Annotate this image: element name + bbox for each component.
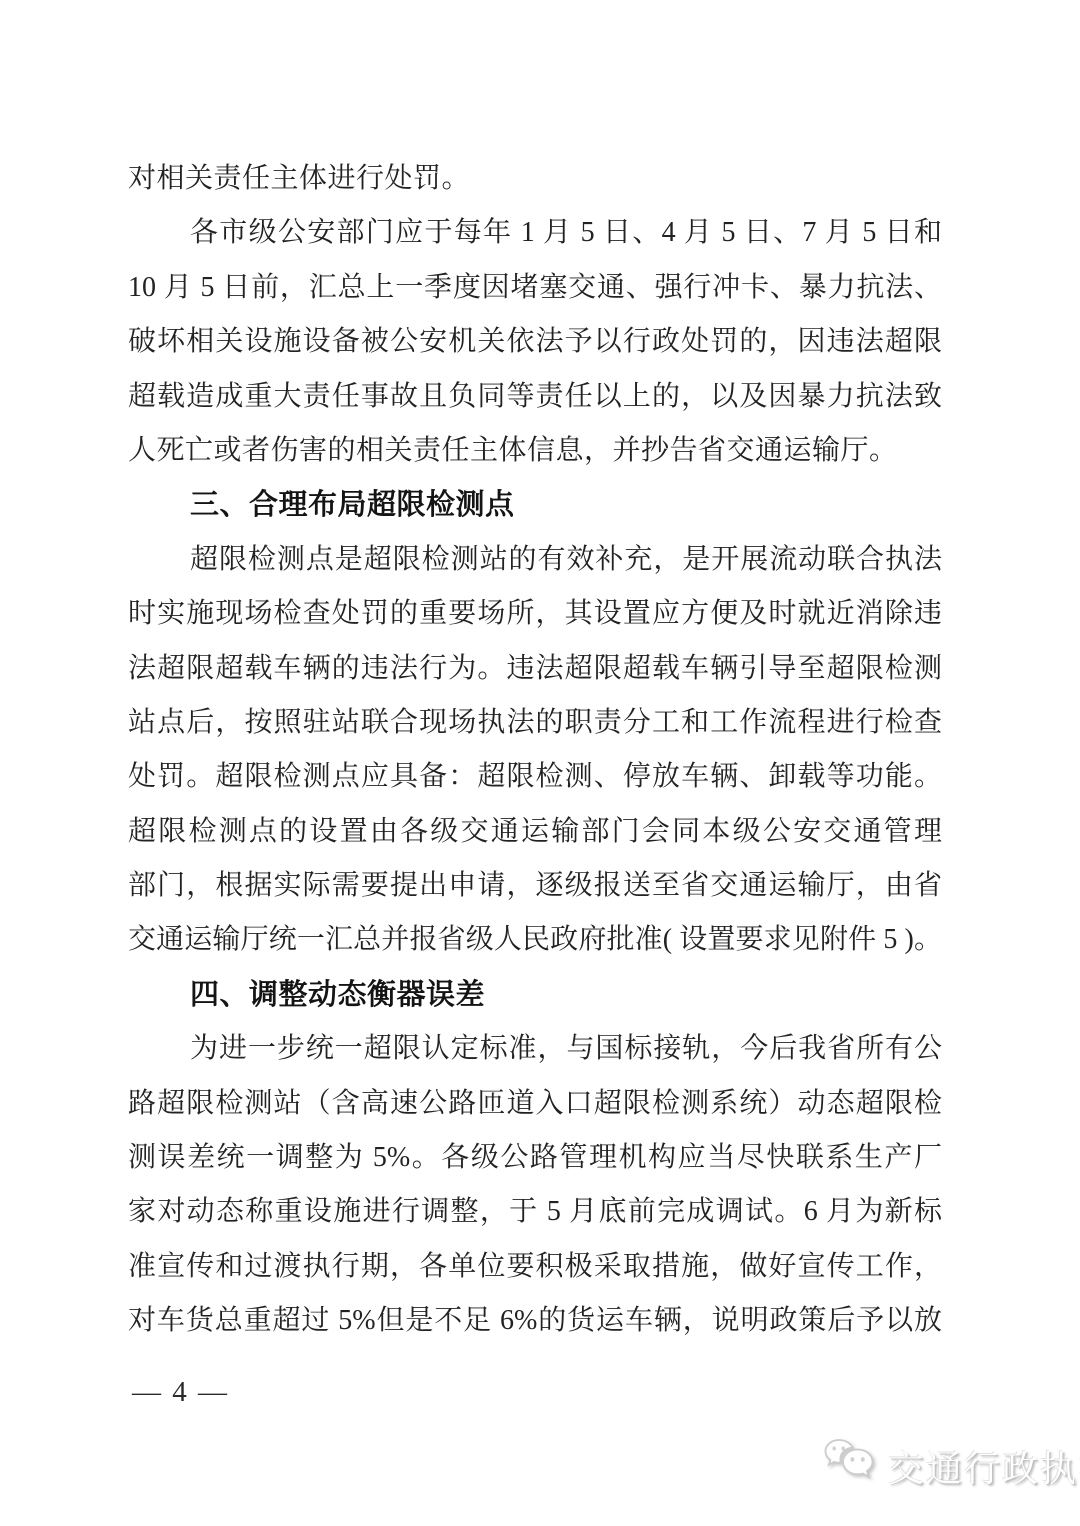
- text-line: 超限检测点的设置由各级交通运输部门会同本级公安交通管理: [128, 805, 942, 859]
- text-line: 三、合理布局超限检测点: [128, 478, 942, 532]
- text-line: 四、调整动态衡器误差: [128, 968, 942, 1022]
- text-line: 对相关责任主体进行处罚。: [128, 152, 942, 206]
- text-line: 处罚。超限检测点应具备：超限检测、停放车辆、卸载等功能。: [128, 750, 942, 804]
- text-line: 各市级公安部门应于每年 1 月 5 日、4 月 5 日、7 月 5 日和: [128, 206, 942, 260]
- watermark-label: 交通行政执法: [888, 1441, 1080, 1492]
- document-page: 对相关责任主体进行处罚。各市级公安部门应于每年 1 月 5 日、4 月 5 日、…: [0, 0, 1080, 1526]
- text-line: 站点后，按照驻站联合现场执法的职责分工和工作流程进行检查: [128, 696, 942, 750]
- text-line: 超限检测点是超限检测站的有效补充，是开展流动联合执法: [128, 533, 942, 587]
- text-line: 部门，根据实际需要提出申请，逐级报送至省交通运输厅，由省: [128, 859, 942, 913]
- text-line: 对车货总重超过 5%但是不足 6%的货运车辆，说明政策后予以放: [128, 1294, 942, 1348]
- text-line: 人死亡或者伤害的相关责任主体信息，并抄告省交通运输厅。: [128, 424, 942, 478]
- wechat-icon: [824, 1438, 882, 1494]
- text-line: 10 月 5 日前，汇总上一季度因堵塞交通、强行冲卡、暴力抗法、: [128, 261, 942, 315]
- text-line: 路超限检测站（含高速公路匝道入口超限检测系统）动态超限检: [128, 1077, 942, 1131]
- document-body: 对相关责任主体进行处罚。各市级公安部门应于每年 1 月 5 日、4 月 5 日、…: [128, 152, 942, 1349]
- text-line: 交通运输厅统一汇总并报省级人民政府批准( 设置要求见附件 5 )。: [128, 913, 942, 967]
- text-line: 测误差统一调整为 5%。各级公路管理机构应当尽快联系生产厂: [128, 1131, 942, 1185]
- text-line: 为进一步统一超限认定标准，与国标接轨，今后我省所有公: [128, 1022, 942, 1076]
- text-line: 破坏相关设施设备被公安机关依法予以行政处罚的，因违法超限: [128, 315, 942, 369]
- text-line: 超载造成重大责任事故且负同等责任以上的，以及因暴力抗法致: [128, 370, 942, 424]
- wechat-watermark: 交通行政执法: [824, 1438, 1080, 1494]
- page-number: — 4 —: [132, 1376, 229, 1409]
- text-line: 时实施现场检查处罚的重要场所，其设置应方便及时就近消除违: [128, 587, 942, 641]
- text-line: 法超限超载车辆的违法行为。违法超限超载车辆引导至超限检测: [128, 642, 942, 696]
- text-line: 家对动态称重设施进行调整，于 5 月底前完成调试。6 月为新标: [128, 1185, 942, 1239]
- text-line: 准宣传和过渡执行期，各单位要积极采取措施，做好宣传工作，: [128, 1240, 942, 1294]
